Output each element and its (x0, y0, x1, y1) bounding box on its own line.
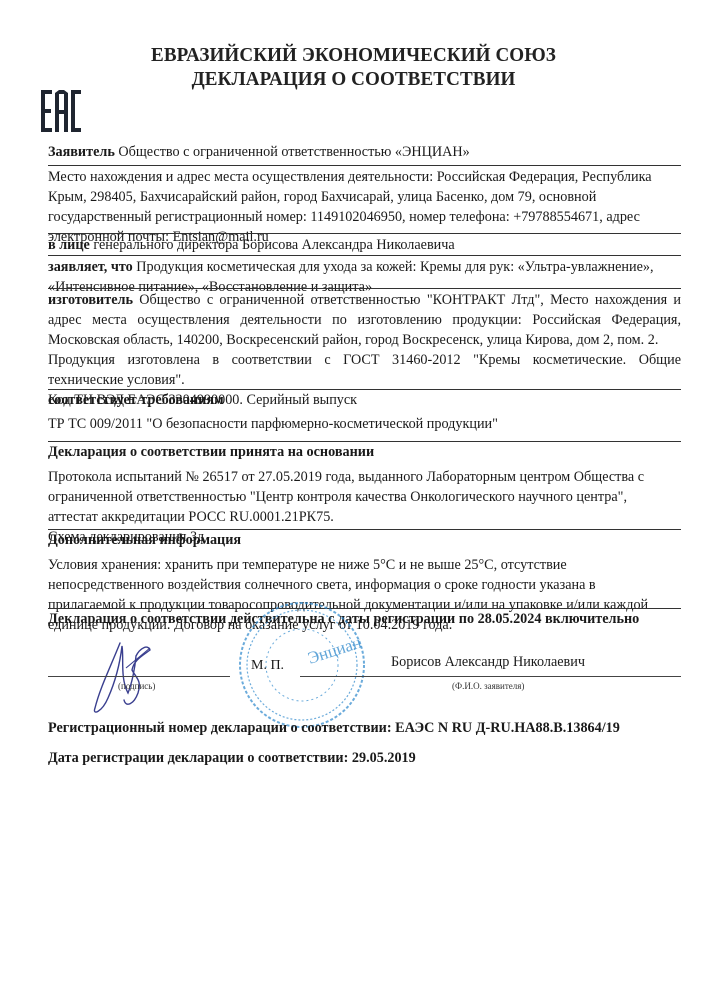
divider (48, 165, 681, 166)
divider (48, 233, 681, 234)
basis-line: Протокола испытаний № 26517 от 27.05.201… (48, 467, 681, 487)
registration-date-label: Дата регистрации декларации о соответств… (48, 750, 348, 766)
basis-heading: Декларация о соответствии принята на осн… (48, 442, 681, 462)
manufacturer-line: Московская область, 140200, Воскресенски… (48, 330, 681, 350)
manufacturer-line: Продукция изготовлена в соответствии с Г… (48, 350, 681, 370)
applicant-value: Общество с ограниченной ответственностью… (118, 144, 469, 160)
declares-line: Продукция косметическая для ухода за кож… (136, 259, 653, 275)
applicant-label: Заявитель (48, 144, 115, 160)
signature-caption: (подпись) (118, 681, 155, 691)
address-line: Крым, 298405, Бахчисарайский район, горо… (48, 187, 681, 207)
address-line: государственный регистрационный номер: 1… (48, 207, 681, 227)
manufacturer-label: изготовитель (48, 292, 133, 308)
additional-info-line: непосредственного воздействия солнечного… (48, 575, 681, 595)
signer-name-line (300, 676, 681, 677)
additional-info-line: Условия хранения: хранить при температур… (48, 555, 681, 575)
signer-caption: (Ф.И.О. заявителя) (452, 681, 524, 691)
header-declaration-title: ДЕКЛАРАЦИЯ О СООТВЕТСТВИИ (25, 68, 683, 91)
manufacturer-line: Общество с ограниченной ответственностью… (139, 292, 681, 308)
seal-place-label: М. П. (251, 658, 284, 674)
registration-number-value: ЕАЭС N RU Д-RU.НА88.В.13864/19 (395, 720, 620, 736)
declaration-document: ЕВРАЗИЙСКИЙ ЭКОНОМИЧЕСКИЙ СОЮЗ ДЕКЛАРАЦИ… (0, 0, 707, 1000)
represented-by-value: генерального директора Борисова Александ… (93, 237, 454, 253)
registration-date-value: 29.05.2019 (352, 750, 416, 766)
declares-label: заявляет, что (48, 259, 133, 275)
header-union-title: ЕВРАЗИЙСКИЙ ЭКОНОМИЧЕСКИЙ СОЮЗ (25, 44, 683, 67)
requirements-section: соответствует требованиям ТР ТС 009/2011… (48, 390, 681, 434)
requirements-value: ТР ТС 009/2011 "О безопасности парфюмерн… (48, 414, 681, 434)
signature-line (48, 676, 230, 677)
address-line: Место нахождения и адрес места осуществл… (48, 167, 681, 187)
represented-by-label: в лице (48, 237, 90, 253)
represented-by-row: в лице генерального директора Борисова А… (48, 235, 681, 255)
basis-line: аттестат аккредитации РОСС RU.0001.21РК7… (48, 507, 681, 527)
divider (48, 288, 681, 289)
registration-number-label: Регистрационный номер декларации о соотв… (48, 720, 392, 736)
additional-info-heading: Дополнительная информация (48, 530, 681, 550)
registration-date-row: Дата регистрации декларации о соответств… (48, 748, 681, 768)
stamp-company-name: Энциан (305, 633, 363, 668)
manufacturer-line: адрес места осуществления деятельности п… (48, 310, 681, 330)
manufacturer-line: технические условия". (48, 370, 681, 390)
registration-number-row: Регистрационный номер декларации о соотв… (48, 718, 681, 738)
handwritten-signature (80, 638, 200, 718)
divider (48, 255, 681, 256)
eac-mark-icon (41, 90, 81, 132)
basis-line: ограниченной ответственностью "Центр кон… (48, 487, 681, 507)
applicant-row: Заявитель Общество с ограниченной ответс… (48, 142, 681, 162)
signer-name: Борисов Александр Николаевич (391, 654, 585, 671)
requirements-heading: соответствует требованиям (48, 390, 681, 410)
